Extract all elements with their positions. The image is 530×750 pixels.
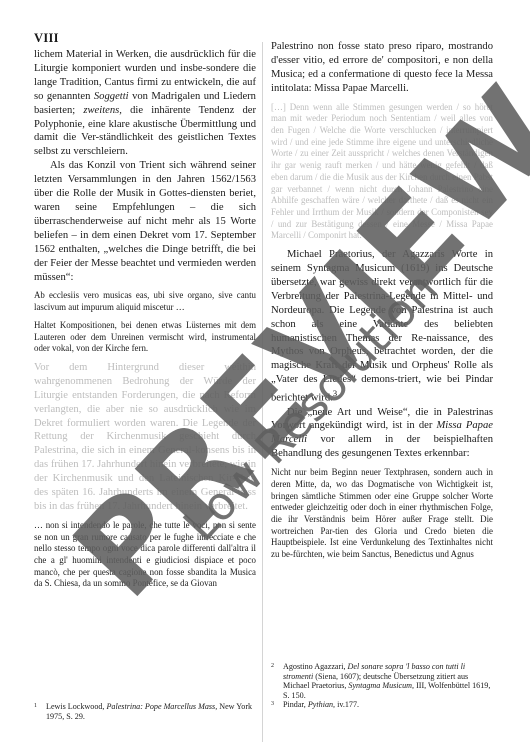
italic-term: Soggetti <box>94 91 129 102</box>
italic-title: Palestrina: Pope Marcellus Mass, <box>106 702 217 711</box>
footnote-mark: 3 <box>271 700 279 710</box>
italic-title: Syntagma Musicum, <box>348 681 414 690</box>
footnote-text: Lewis Lockwood, Palestrina: Pope Marcell… <box>46 702 256 721</box>
text: Pindar, <box>283 700 308 709</box>
italic-term: zweitens, <box>83 105 122 116</box>
quote-italian-end: Palestrino non fosse stato preso riparo,… <box>271 40 493 96</box>
footnotes-left: 1 Lewis Lockwood, Palestrina: Pope Marce… <box>34 702 256 721</box>
text: Agostino Agazzari, <box>283 662 348 671</box>
quote-german-praetorius: […] Denn wenn alle Stimmen gesungen werd… <box>271 102 493 242</box>
quote-latin: Ab ecclesiis vero musicas eas, ubi sive … <box>34 290 256 313</box>
page-number: VIII <box>34 31 59 46</box>
quote-italian: … non si intendendo le parole, che tutte… <box>34 520 256 590</box>
right-column: Palestrino non fosse stato preso riparo,… <box>271 40 493 561</box>
paragraph-2: Als das Konzil von Trient sich während s… <box>34 159 256 284</box>
footnote: 1 Lewis Lockwood, Palestrina: Pope Marce… <box>34 702 256 721</box>
footnote-mark: 1 <box>34 702 42 721</box>
footnote: 2 Agostino Agazzari, Del sonare sopra 'l… <box>271 662 493 700</box>
quote-german: Haltet Kompositionen, bei denen etwas Lü… <box>34 320 256 355</box>
text: iv.177. <box>335 700 359 709</box>
text: Michael Praetorius, der Agazzaris Worte … <box>271 249 493 404</box>
footnote-mark: 2 <box>271 662 279 700</box>
paragraph-5: Die „neue Art und Weise“, die in Palestr… <box>271 406 493 462</box>
paragraph-1: lichem Material in Werken, die ausdrückl… <box>34 48 256 159</box>
footnote-text: Pindar, Pythian, iv.177. <box>283 700 493 710</box>
left-column: lichem Material in Werken, die ausdrückl… <box>34 48 256 590</box>
quote-block: Nicht nur beim Beginn neuer Textphrasen,… <box>271 467 493 561</box>
footnote-text: Agostino Agazzari, Del sonare sopra 'l b… <box>283 662 493 700</box>
text: Lewis Lockwood, <box>46 702 106 711</box>
footnotes-right: 2 Agostino Agazzari, Del sonare sopra 'l… <box>271 662 493 710</box>
paragraph-4: Michael Praetorius, der Agazzaris Worte … <box>271 248 493 406</box>
column-divider <box>262 42 263 742</box>
footnote-ref: 3 <box>333 388 337 398</box>
italic-title: Pythian, <box>308 700 335 709</box>
paragraph-3: Vor dem Hintergrund dieser weithin wahrg… <box>34 361 256 514</box>
footnote: 3 Pindar, Pythian, iv.177. <box>271 700 493 710</box>
